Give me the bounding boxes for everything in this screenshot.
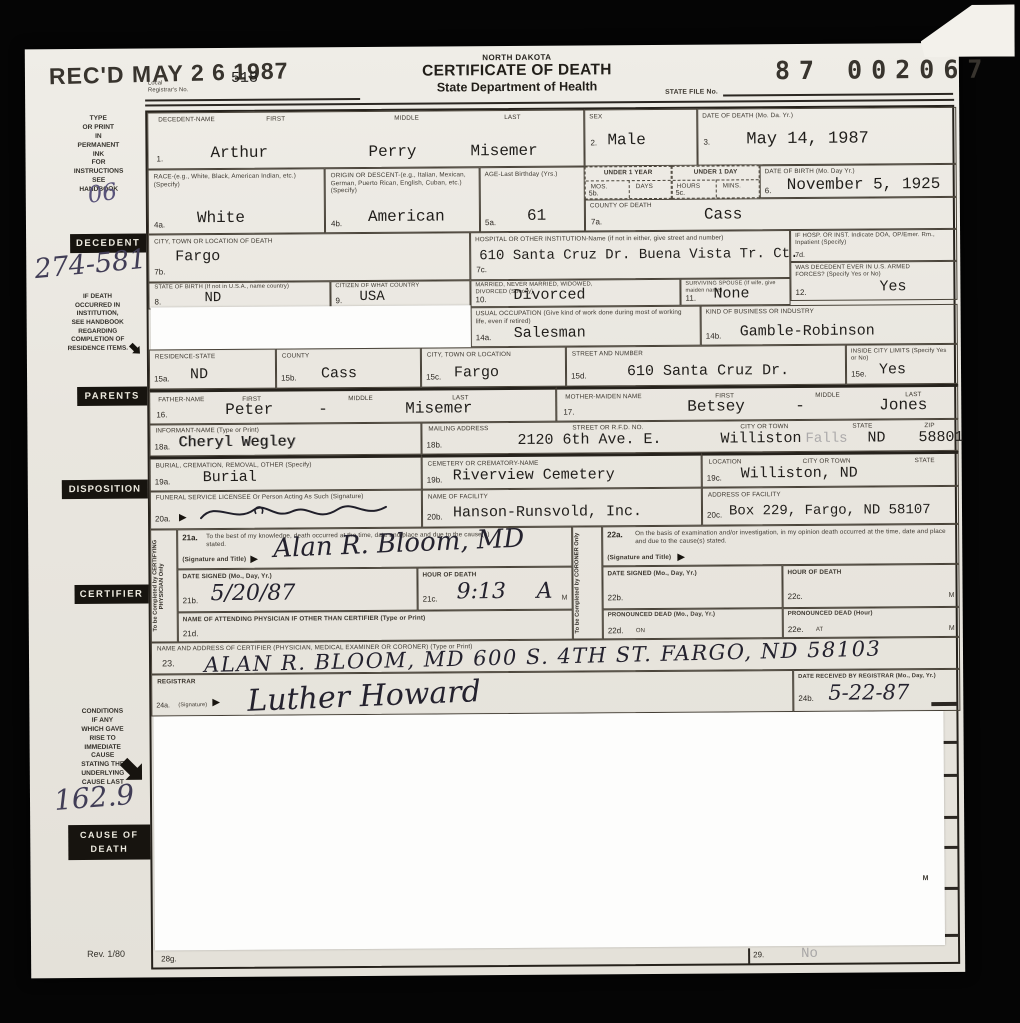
armed-forces-label: WAS DECEDENT EVER IN U.S. ARMED FORCES? …: [795, 264, 935, 279]
field-number: 22b.: [608, 593, 624, 602]
facility-address-value: Box 229, Fargo, ND 58107: [729, 502, 931, 519]
field-number: 7b.: [154, 267, 165, 276]
residence-street-value: 610 Santa Cruz Dr.: [627, 362, 789, 380]
field-22c-hour-of-death: HOUR OF DEATH 22c. M: [782, 564, 959, 608]
funeral-licensee-signature: [196, 497, 396, 526]
sex-value: Male: [607, 131, 646, 149]
location-label: LOCATION: [709, 458, 742, 466]
field-industry: KIND OF BUSINESS OR INDUSTRY 14b. Gamble…: [701, 304, 958, 346]
m-suffix: M: [949, 625, 955, 633]
field-number: 23.: [162, 658, 175, 668]
date-of-death-value: May 14, 1987: [746, 129, 869, 149]
residence-street-label: STREET AND NUMBER: [572, 350, 643, 358]
redaction-box-small: [151, 305, 471, 349]
mailing-state-value: ND: [867, 429, 885, 446]
am-pm-value: A: [536, 579, 552, 604]
field-number: 7a.: [591, 217, 602, 226]
field-mother-name: MOTHER-MAIDEN NAME FIRST MIDDLE LAST 17.…: [556, 384, 958, 422]
field-residence-state: RESIDENCE-STATE 15a. ND: [149, 349, 276, 390]
date-of-birth-value: November 5, 1925: [787, 175, 941, 194]
field-24a-registrar: REGISTRAR 24a. (Signature) ▶ Luther Howa…: [151, 670, 793, 716]
field-number: 19a.: [155, 477, 171, 486]
field-21b-date-signed: DATE SIGNED (Mo., Day, Yr.) 21b. 5/20/87: [177, 568, 417, 613]
field-21a-certification: 21a. To the best of my knowledge, death …: [177, 527, 572, 570]
field-number: 10.: [475, 295, 486, 304]
field-number: 15e.: [851, 370, 867, 379]
residence-county-value: Cass: [321, 365, 357, 382]
field-age: AGE-Last Birthday (Yrs.) 5a. 61: [480, 166, 585, 232]
burial-value: Burial: [203, 469, 257, 486]
field-date-of-death: DATE OF DEATH (Mo. Da. Yr.) 3. May 14, 1…: [697, 107, 956, 166]
field-surviving-spouse: SURVIVING SPOUSE (If wife, give maiden n…: [680, 278, 790, 306]
pronounced-dead-hour-label: PRONOUNCED DEAD (Hour): [788, 610, 873, 618]
redaction-box-large: [153, 711, 945, 951]
local-registrar-number: 518: [231, 70, 258, 87]
field-number: 12.: [795, 288, 806, 297]
field-facility-name: NAME OF FACILITY 20b. Hanson-Runsvold, I…: [422, 488, 702, 528]
field-number: 14b.: [706, 332, 722, 341]
mailing-city-value: Williston: [720, 430, 801, 448]
residence-county-label: COUNTY: [282, 352, 310, 360]
field-number: 22a.: [607, 530, 623, 539]
hour-of-death-value: 9:13: [456, 579, 506, 604]
field-number: 18a.: [155, 442, 171, 451]
residence-state-label: RESIDENCE-STATE: [155, 353, 216, 361]
mailing-street-value: 2120 6th Ave. E.: [517, 431, 661, 449]
origin-label: ORIGIN OR DESCENT-(e.g., Italian, Mexica…: [331, 171, 476, 195]
field-number: 21d.: [183, 629, 199, 638]
local-registrar-label: Local Registrar's No.: [148, 80, 189, 94]
field-number: 6.: [765, 186, 772, 195]
on-label: ON: [636, 628, 645, 635]
hour-of-death-label: HOUR OF DEATH: [787, 569, 841, 577]
father-last-value: Misemer: [405, 399, 472, 417]
field-occupation: USUAL OCCUPATION (Give kind of work done…: [471, 306, 701, 348]
tab-disposition: DISPOSITION: [62, 480, 148, 500]
field-facility-address: ADDRESS OF FACILITY 20c. Box 229, Fargo,…: [702, 486, 959, 526]
informant-value: Cheryl Wegley: [178, 433, 295, 451]
torn-corner: [920, 4, 1014, 57]
field-cemetery-location: LOCATION CITY OR TOWN STATE 19c. Willist…: [702, 451, 959, 488]
residence-city-value: Fargo: [454, 364, 499, 381]
field-inside-city-limits: INSIDE CITY LIMITS (Specify Yes or No) 1…: [846, 344, 958, 385]
county-of-death-label: COUNTY OF DEATH: [590, 202, 652, 210]
field-number: 9.: [335, 296, 342, 305]
decedent-last-value: Misemer: [470, 142, 537, 160]
field-number: 22d.: [608, 626, 624, 635]
field-armed-forces: WAS DECEDENT EVER IN U.S. ARMED FORCES? …: [790, 261, 957, 301]
under-1-day-label: UNDER 1 DAY: [673, 168, 759, 176]
field-number: 15a.: [154, 374, 170, 383]
field-number: 17.: [563, 408, 574, 417]
state-label: STATE: [915, 457, 935, 465]
occupation-value: Salesman: [514, 324, 586, 342]
handwritten-06: 06: [86, 179, 119, 209]
field-citizen: CITIZEN OF WHAT COUNTRY 9. USA: [330, 280, 470, 308]
field-funeral-licensee: FUNERAL SERVICE LICENSEE Or Person Actin…: [150, 490, 422, 530]
middle-label: MIDDLE: [348, 395, 373, 403]
form-grid: DECEDENT-NAME FIRST MIDDLE LAST 1. Arthu…: [145, 105, 960, 970]
cemetery-location-value: Williston, ND: [741, 465, 858, 483]
field-22e-pronounced-dead-hour: PRONOUNCED DEAD (Hour) 22e. AT M: [783, 607, 960, 638]
middle-label: MIDDLE: [394, 115, 419, 123]
field-residence-city: CITY, TOWN OR LOCATION 15c. Fargo: [421, 347, 566, 388]
row-edge-mark: [931, 702, 957, 706]
mailing-zip-value: 58801: [918, 429, 963, 446]
doa-label: IF HOSP. OR INST. Indicate DOA, OP/Emer.…: [795, 232, 950, 247]
race-value: White: [197, 209, 245, 227]
mother-first-value: Betsey: [687, 397, 745, 415]
field-number: 20a.: [155, 514, 171, 523]
field-22a-coroner-certification: 22a. On the basis of examination and/or …: [602, 524, 959, 566]
mother-label: MOTHER-MAIDEN NAME: [565, 393, 642, 401]
death-certificate-scan: REC'D MAY 2 6 1987 Local Registrar's No.…: [0, 0, 1020, 1023]
field-number: 5b.: [589, 190, 599, 197]
spouse-value: None: [713, 285, 749, 302]
at-label: AT: [816, 627, 824, 634]
decedent-middle-value: Perry: [368, 143, 416, 161]
field-number: 20b.: [427, 512, 443, 521]
last-label: LAST: [504, 114, 520, 122]
father-label: FATHER-NAME: [158, 396, 204, 404]
field-county-of-death: COUNTY OF DEATH 7a. Cass: [585, 197, 957, 232]
handwritten-162-9: 162.9: [53, 778, 135, 817]
field-number: 19b.: [427, 475, 443, 484]
age-label: AGE-Last Birthday (Yrs.): [485, 170, 581, 178]
pointer-icon: ▶: [677, 552, 685, 563]
signature-title-label: (Signature and Title): [182, 556, 246, 564]
age-value: 61: [527, 207, 546, 225]
coroner-strip: To be Completed by CORONER Only: [572, 526, 603, 639]
cemetery-value: Riverview Cemetery: [453, 466, 615, 484]
mins-label: MINS.: [723, 182, 741, 190]
field-number: 24b.: [798, 694, 814, 703]
tab-cause-line2: DEATH: [68, 842, 150, 856]
field-number: 15b.: [281, 373, 297, 382]
under-1-year-label: UNDER 1 YEAR: [586, 169, 671, 177]
county-of-death-value: Cass: [704, 205, 743, 223]
field-number: 24a.: [156, 702, 170, 709]
city-of-death-label: CITY, TOWN OR LOCATION OF DEATH: [154, 238, 273, 246]
registrar-signature: Luther Howard: [247, 674, 482, 719]
armed-forces-value: Yes: [879, 278, 906, 295]
revision-label: Rev. 1/80: [87, 949, 125, 959]
field-state-of-birth: STATE OF BIRTH (If not in U.S.A., name c…: [148, 281, 330, 309]
physician-signature: Alan R. Bloom, MD: [273, 524, 525, 564]
residence-state-value: ND: [190, 366, 208, 383]
field-number: 11.: [685, 294, 696, 303]
tab-cause-of-death: CAUSE OF DEATH: [68, 825, 150, 861]
citizen-value: USA: [359, 289, 384, 305]
field-residence-county: COUNTY 15b. Cass: [276, 348, 421, 389]
field-race: RACE-(e.g., White, Black, American India…: [148, 168, 325, 234]
industry-value: Gamble-Robinson: [740, 322, 875, 340]
field-cemetery: CEMETERY OR CREMATORY-NAME 19b. Rivervie…: [422, 453, 702, 490]
date-received-value: 5-22-87: [828, 680, 909, 705]
first-label: FIRST: [266, 116, 285, 124]
header-title: CERTIFICATE OF DEATH: [377, 61, 657, 81]
field-number: 22c.: [788, 592, 803, 601]
field-number: 8.: [154, 297, 161, 306]
field-residence-street: STREET AND NUMBER 15d. 610 Santa Cruz Dr…: [566, 345, 846, 387]
pointer-icon: ▶: [179, 512, 187, 523]
field-number: 4b.: [331, 219, 342, 228]
mother-last-value: Jones: [879, 396, 927, 414]
ghost-handwriting: No: [801, 946, 818, 962]
field-doa: IF HOSP. OR INST. Indicate DOA, OP/Emer.…: [790, 229, 957, 262]
field-date-of-birth: DATE OF BIRTH (Mo. Day Yr.) 6. November …: [760, 164, 957, 198]
citizen-label: CITIZEN OF WHAT COUNTRY: [335, 282, 465, 290]
field-number: 19c.: [707, 474, 722, 483]
registrar-label: REGISTRAR: [157, 678, 195, 686]
residence-city-label: CITY, TOWN OR LOCATION: [427, 351, 511, 359]
state-of-birth-label: STATE OF BIRTH (If not in U.S.A., name c…: [154, 283, 324, 291]
origin-value: American: [368, 207, 445, 226]
hospital-label: HOSPITAL OR OTHER INSTITUTION-Name (if n…: [475, 234, 787, 244]
field-number: 21c.: [423, 595, 438, 604]
field-number: 18b.: [427, 440, 443, 449]
field-under-1-day: UNDER 1 DAY HOURS MINS. 5c.: [672, 165, 760, 199]
tab-certifier: CERTIFIER: [75, 585, 149, 605]
mailing-address-label: MAILING ADDRESS: [428, 425, 488, 433]
city-of-death-value: Fargo: [175, 248, 220, 265]
field-number: 5a.: [485, 218, 496, 227]
field-origin: ORIGIN OR DESCENT-(e.g., Italian, Mexica…: [325, 167, 480, 233]
coroner-statement: On the basis of examination and/or inves…: [635, 528, 947, 545]
pointer-icon: ▶: [250, 554, 258, 565]
date-of-death-label: DATE OF DEATH (Mo. Da. Yr.): [702, 112, 793, 120]
father-first-value: Peter: [225, 401, 273, 419]
field-number: 16.: [156, 410, 167, 419]
signature-title-label: (Signature and Title): [607, 554, 671, 562]
marital-value: Divorced: [513, 286, 585, 304]
field-22b-date-signed: DATE SIGNED (Mo., Day, Yr.) 22b.: [602, 565, 782, 609]
field-marital-status: MARRIED, NEVER MARRIED, WIDOWED, DIVORCE…: [470, 279, 680, 307]
date-of-birth-label: DATE OF BIRTH (Mo. Day Yr.): [765, 168, 855, 176]
tab-parents: PARENTS: [77, 387, 147, 406]
certifying-physician-strip: To be Completed by CERTIFYING PHYSICIAN …: [150, 529, 178, 642]
mother-middle-value: -: [795, 397, 805, 415]
m-suffix: M: [562, 594, 568, 602]
facility-address-label: ADDRESS OF FACILITY: [708, 491, 781, 499]
field-decedent-name: DECEDENT-NAME FIRST MIDDLE LAST 1. Arthu…: [147, 109, 584, 169]
field-number: 14a.: [476, 333, 492, 342]
father-middle-value: -: [318, 400, 328, 418]
date-signed-label: DATE SIGNED (Mo., Day, Yr.): [182, 573, 271, 581]
occupation-label: USUAL OCCUPATION (Give kind of work done…: [476, 309, 686, 326]
hospital-value: 610 Santa Cruz Dr. Buena Vista Tr. Ct.: [479, 246, 798, 264]
date-signed-value: 5/20/87: [210, 581, 295, 607]
m-suffix: M: [949, 592, 955, 600]
field-father-name: FATHER-NAME FIRST MIDDLE LAST 16. Peter …: [149, 387, 556, 425]
field-number: 21a.: [182, 533, 198, 542]
industry-label: KIND OF BUSINESS OR INDUSTRY: [706, 308, 814, 316]
field-city-of-death: CITY, TOWN OR LOCATION OF DEATH 7b. Farg…: [148, 232, 470, 282]
m-suffix: M: [923, 875, 929, 883]
facility-name-label: NAME OF FACILITY: [428, 493, 488, 501]
field-number: 7c.: [476, 265, 487, 274]
field-number: 2.: [590, 138, 597, 147]
race-label: RACE-(e.g., White, Black, American India…: [154, 172, 316, 188]
field-21c-hour-of-death: HOUR OF DEATH 21c. 9:13 A M: [417, 567, 572, 611]
field-number: 1.: [156, 154, 163, 163]
field-number: 3.: [703, 138, 710, 147]
city-limits-value: Yes: [879, 361, 906, 378]
state-file-label: STATE FILE No.: [665, 89, 718, 98]
field-hospital: HOSPITAL OR OTHER INSTITUTION-Name (if n…: [470, 230, 790, 280]
header-subtitle: State Department of Health: [377, 79, 657, 95]
signature-label: (Signature): [178, 703, 207, 710]
field-under-1-year: UNDER 1 YEAR MOS. DAYS 5b.: [585, 166, 672, 200]
days-label: DAYS: [636, 183, 653, 191]
decedent-name-label: DECEDENT-NAME: [158, 116, 215, 124]
field-number: 22e.: [788, 625, 804, 634]
pronounced-dead-label: PRONOUNCED DEAD (Mo., Day, Yr.): [608, 612, 716, 620]
field-number: 15c.: [426, 372, 441, 381]
field-mailing-address: MAILING ADDRESS STREET OR R.F.D. NO. CIT…: [421, 419, 958, 455]
field-22d-pronounced-dead: PRONOUNCED DEAD (Mo., Day, Yr.) 22d. ON: [603, 608, 783, 639]
middle-label: MIDDLE: [815, 392, 840, 400]
field-informant: INFORMANT-NAME (Type or Print) 18a. Cher…: [149, 423, 421, 457]
sex-label: SEX: [589, 113, 602, 121]
field-number: 20c.: [707, 511, 722, 520]
field-sex: SEX 2. Male: [584, 109, 697, 167]
bottom-divider: [748, 948, 750, 964]
state-of-birth-value: ND: [204, 290, 221, 306]
field-number: 5c.: [676, 190, 685, 197]
field-21d-attending-physician: NAME OF ATTENDING PHYSICIAN IF OTHER THA…: [178, 610, 573, 643]
attending-physician-label: NAME OF ATTENDING PHYSICIAN IF OTHER THA…: [183, 614, 563, 624]
field-number: 15d.: [571, 371, 587, 380]
facility-name-value: Hanson-Runsvold, Inc.: [453, 503, 642, 521]
hour-of-death-label: HOUR OF DEATH: [422, 571, 476, 579]
ghost-stamp-text: Falls: [805, 431, 847, 447]
pointer-icon: ▶: [212, 697, 220, 708]
tab-cause-line1: CAUSE OF: [68, 829, 150, 843]
field-number: 4a.: [154, 220, 165, 229]
field-number: 21b.: [183, 596, 199, 605]
field-number-29: 29.: [753, 950, 764, 959]
field-burial: BURIAL, CREMATION, REMOVAL, OTHER (Speci…: [150, 455, 422, 492]
state-file-number-stamp: 87 002067: [775, 55, 992, 86]
date-signed-label: DATE SIGNED (Mo., Day, Yr.): [607, 570, 696, 578]
field-number-28g: 28g.: [161, 954, 177, 963]
decedent-first-value: Arthur: [210, 144, 268, 162]
field-number: 7d.: [795, 252, 805, 259]
